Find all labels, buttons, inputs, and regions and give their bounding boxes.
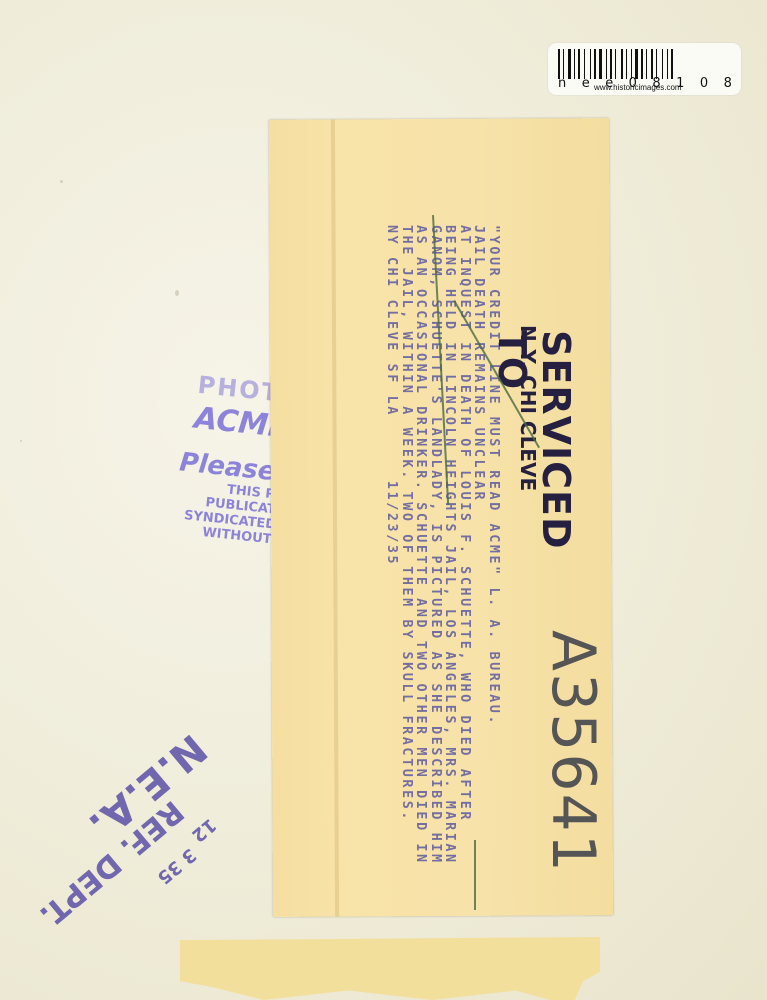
- barcode-bar: [621, 49, 623, 79]
- barcode-bar: [586, 49, 589, 79]
- barcode-url: www.historicimages.com: [594, 83, 682, 92]
- barcode-bar: [626, 49, 627, 79]
- barcode-bar: [603, 49, 605, 79]
- speck: [20, 440, 22, 442]
- barcode-bar: [667, 49, 668, 79]
- barcode-bar: [597, 49, 598, 79]
- barcode-bar: [633, 49, 634, 79]
- barcode-bar: [651, 49, 653, 79]
- barcode-digit: 0: [700, 76, 708, 91]
- barcode-digit: e: [582, 76, 590, 91]
- barcode-bar: [574, 49, 575, 79]
- barcode-bar: [644, 49, 645, 79]
- barcode-bar: [674, 49, 675, 79]
- caption-line: THE JAIL, WITHIN A WEEK. TWO OF THEM BY …: [399, 225, 414, 985]
- barcode-bars: [558, 49, 732, 79]
- barcode-bar: [631, 49, 632, 79]
- barcode-bar: [608, 49, 609, 79]
- barcode-bar: [568, 49, 571, 79]
- barcode-bar: [628, 49, 630, 79]
- caption-text: "YOUR CREDIT LINE MUST READ ACME" L. A. …: [384, 225, 500, 985]
- barcode-bar: [606, 49, 607, 79]
- caption-fold: [331, 120, 339, 917]
- ref-date-day: 12: [187, 814, 220, 846]
- pencil-mark: [474, 840, 476, 910]
- barcode-bar: [563, 49, 564, 79]
- barcode-bar: [669, 49, 670, 79]
- tape-strip: [180, 937, 600, 1000]
- barcode-digit: n: [558, 76, 566, 91]
- barcode-bar: [613, 49, 614, 79]
- barcode-bar: [635, 49, 638, 79]
- barcode-bar: [590, 49, 591, 79]
- barcode-bar: [617, 49, 620, 79]
- barcode-bar: [594, 49, 596, 79]
- barcode-bar: [646, 49, 647, 79]
- speck: [175, 290, 179, 296]
- barcode-bar: [648, 49, 650, 79]
- barcode-bar: [639, 49, 640, 79]
- barcode-bar: [599, 49, 602, 79]
- services-stamp: N.Y. CHI CLEVE: [516, 325, 540, 491]
- barcode-bar: [572, 49, 573, 79]
- barcode-bar: [656, 49, 657, 79]
- barcode-bar: [615, 49, 616, 79]
- barcode-bar: [584, 49, 585, 79]
- barcode-bar: [664, 49, 666, 79]
- barcode-bar: [592, 49, 593, 79]
- speck: [60, 180, 63, 183]
- ref-date: 3 35: [153, 844, 200, 888]
- barcode-bar: [624, 49, 625, 79]
- caption-line: AT INQUEST IN DEATH OF LOUIS F. SCHUETTE…: [457, 225, 472, 985]
- barcode-bar: [654, 49, 655, 79]
- barcode-label: nee08108 www.historicimages.com: [548, 43, 741, 95]
- barcode-bar: [561, 49, 562, 79]
- barcode-bar: [671, 49, 673, 79]
- barcode-bar: [576, 49, 577, 79]
- handwritten-id: A35641: [538, 630, 608, 874]
- barcode-bar: [662, 49, 663, 79]
- barcode-bar: [558, 49, 560, 79]
- barcode-bar: [578, 49, 580, 79]
- caption-line: AS AN OCCASIONAL DRINKER. SCHUETTE AND T…: [413, 225, 428, 985]
- barcode-bar: [658, 49, 661, 79]
- barcode-bar: [641, 49, 643, 79]
- caption-line: NY CHI CLEVE SF LA 11/23/35: [384, 225, 399, 985]
- barcode-bar: [581, 49, 583, 79]
- barcode-digit: 8: [724, 76, 732, 91]
- barcode-bar: [565, 49, 567, 79]
- caption-line: BEING HELD IN LINCOLN HEIGHTS JAIL, LOS …: [442, 225, 457, 985]
- barcode-bar: [610, 49, 612, 79]
